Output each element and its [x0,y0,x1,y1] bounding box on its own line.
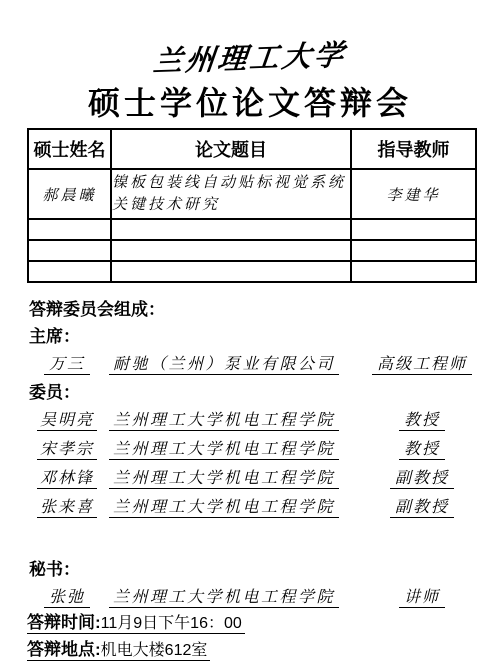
member-name: 张来喜 [37,494,97,518]
member-title-slot: 副教授 [354,465,490,489]
defense-location-value: 机电大楼612室 [101,642,211,661]
member-title: 副教授 [390,465,454,489]
advisor-cell [351,261,476,282]
chair-label: 主席： [29,328,500,346]
table-row [28,240,476,261]
col-header-student-name: 硕士姓名 [28,129,111,169]
member-row: 吴明亮 兰州理工大学机电工程学院 教授 [27,409,490,431]
member-title: 教授 [399,407,445,431]
secretary-affiliation: 兰州理工大学机电工程学院 [109,584,339,608]
secretary-label: 秘书： [29,561,500,579]
member-title: 教授 [399,436,445,460]
defense-time-value: 11月9日下午16：00 [101,615,245,634]
member-affiliation: 兰州理工大学机电工程学院 [109,494,339,518]
table-header-row: 硕士姓名 论文题目 指导教师 [28,129,476,169]
table-row: 郝晨曦 镍板包装线自动贴标视觉系统关键技术研究 李建华 [28,169,476,219]
university-logo: 兰州理工大学 [151,33,348,81]
defense-location-line: 答辩地点:机电大楼612室 [27,639,500,662]
chair-affiliation: 耐驰（兰州）泵业有限公司 [109,351,339,375]
chair-title-slot: 高级工程师 [354,351,490,375]
table-row [28,261,476,282]
member-name: 吴明亮 [37,407,97,431]
defense-table: 硕士姓名 论文题目 指导教师 郝晨曦 镍板包装线自动贴标视觉系统关键技术研究 李… [27,128,477,283]
thesis-title-cell [111,261,351,282]
secretary-name: 张弛 [44,584,90,608]
member-name: 宋孝宗 [37,436,97,460]
secretary-row: 张弛 兰州理工大学机电工程学院 讲师 [27,586,490,608]
advisor-cell [351,240,476,261]
defense-time-line: 答辩时间:11月9日下午16：00 [27,612,500,635]
member-name-slot: 宋孝宗 [27,436,107,460]
student-name-cell [28,240,111,261]
chair-title: 高级工程师 [372,351,472,375]
committee-section-title: 答辩委员会组成： [29,301,500,319]
member-title-slot: 教授 [354,407,490,431]
members-label: 委员： [29,384,500,402]
member-affiliation: 兰州理工大学机电工程学院 [109,465,339,489]
secretary-title: 讲师 [399,584,445,608]
member-row: 邓林锋 兰州理工大学机电工程学院 副教授 [27,467,490,489]
member-row: 张来喜 兰州理工大学机电工程学院 副教授 [27,496,490,518]
col-header-advisor: 指导教师 [351,129,476,169]
table-row [28,219,476,240]
thesis-title-cell [111,219,351,240]
member-name-slot: 张来喜 [27,494,107,518]
chair-name-slot: 万三 [27,351,107,375]
thesis-title-cell [111,240,351,261]
secretary-title-slot: 讲师 [354,584,490,608]
member-name-slot: 吴明亮 [27,407,107,431]
member-affiliation: 兰州理工大学机电工程学院 [109,436,339,460]
member-title-slot: 教授 [354,436,490,460]
member-name-slot: 邓林锋 [27,465,107,489]
member-name: 邓林锋 [37,465,97,489]
student-name-cell [28,261,111,282]
defense-time-label: 答辩时间: [27,613,101,634]
member-row: 宋孝宗 兰州理工大学机电工程学院 教授 [27,438,490,460]
col-header-thesis-title: 论文题目 [111,129,351,169]
member-title-slot: 副教授 [354,494,490,518]
secretary-name-slot: 张弛 [27,584,107,608]
logo-container: 兰州理工大学 [0,0,500,76]
student-name-cell [28,219,111,240]
chair-name: 万三 [44,351,90,375]
member-affiliation: 兰州理工大学机电工程学院 [109,407,339,431]
advisor-cell [351,219,476,240]
defense-location-label: 答辩地点: [27,640,101,661]
document-page: 兰州理工大学 硕士学位论文答辩会 硕士姓名 论文题目 指导教师 郝晨曦 镍板包装… [0,0,500,668]
member-title: 副教授 [390,494,454,518]
thesis-title-cell: 镍板包装线自动贴标视觉系统关键技术研究 [111,169,351,219]
advisor-cell: 李建华 [351,169,476,219]
page-title: 硕士学位论文答辩会 [0,85,500,122]
student-name-cell: 郝晨曦 [28,169,111,219]
chair-row: 万三 耐驰（兰州）泵业有限公司 高级工程师 [27,353,490,375]
